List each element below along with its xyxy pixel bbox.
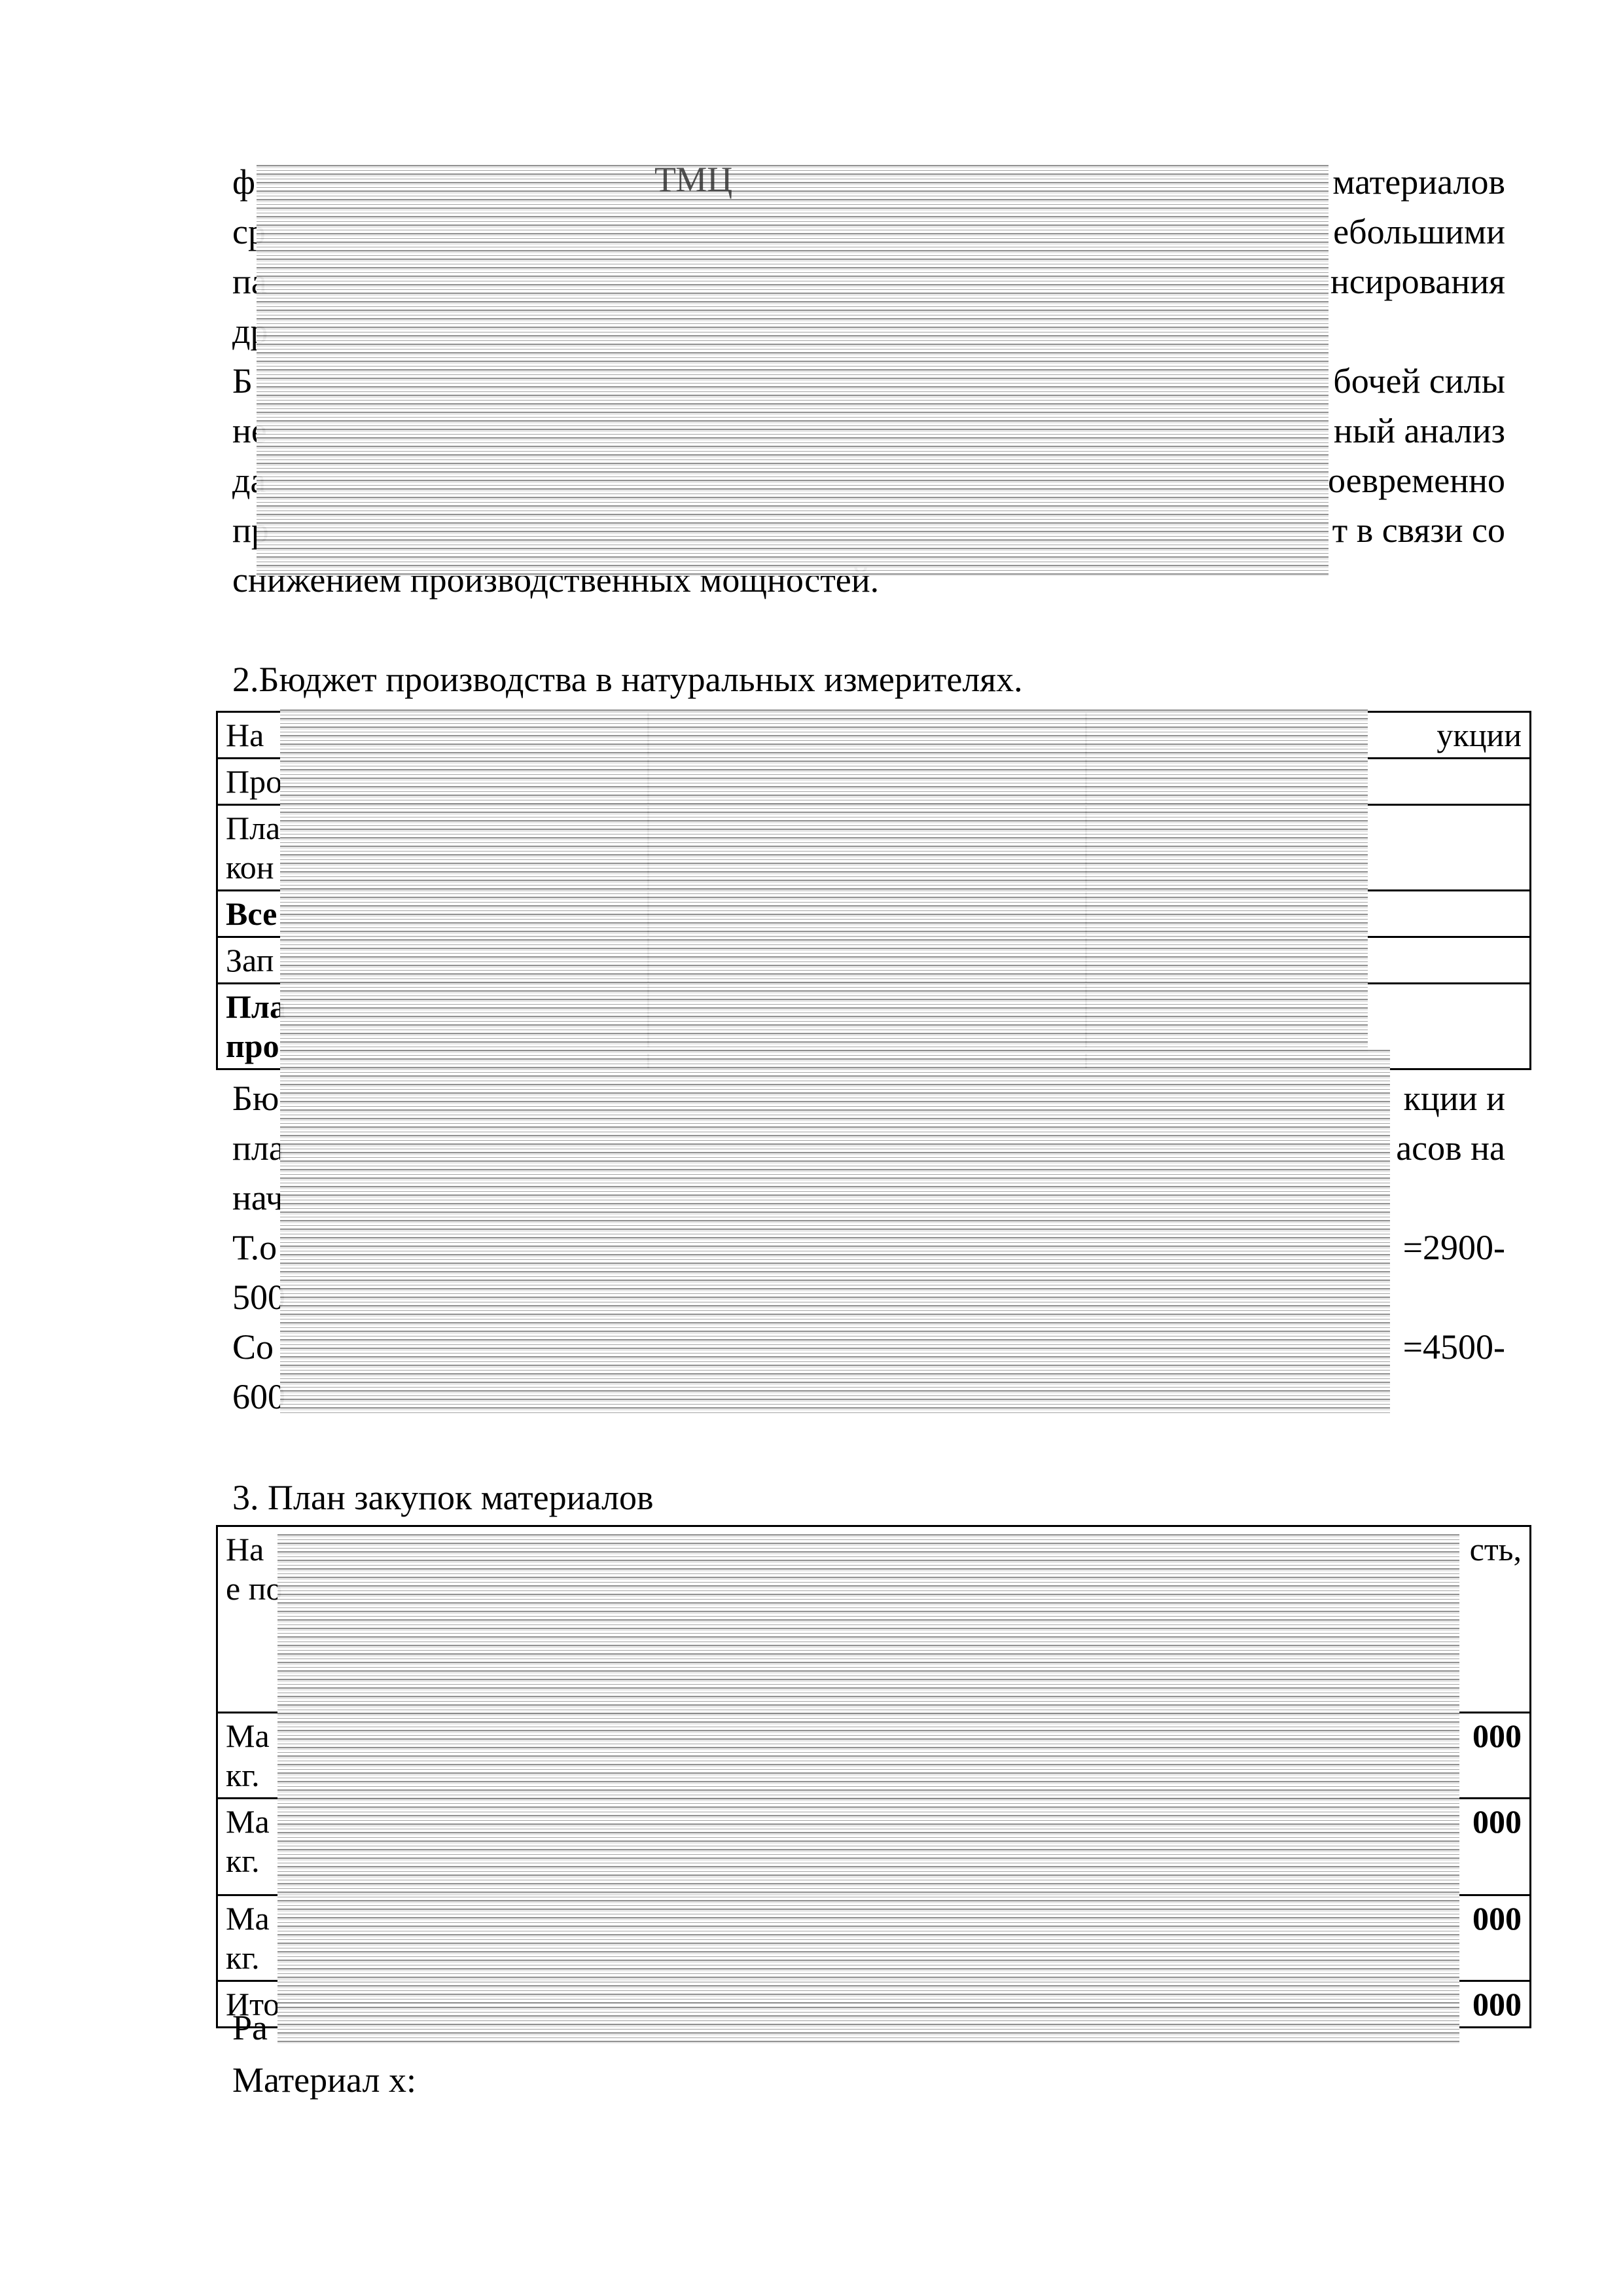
section3-heading: 3. План закупок материалов <box>232 1473 653 1522</box>
redaction-overlay-materials-table <box>277 1532 1459 2029</box>
redaction-overlay-after-table <box>277 2004 1459 2043</box>
after-table-line: Ра <box>232 2003 268 2053</box>
section2-heading: 2.Бюджет производства в натуральных изме… <box>232 655 1023 704</box>
redaction-overlay-section2-text <box>280 1047 1390 1414</box>
redaction-overlay-production-table <box>280 707 1368 1054</box>
visible-fragment-tmc: ТМЦ <box>654 154 732 204</box>
document-page: ф материалов ср ебольшими па нсирования … <box>0 0 1623 2296</box>
material-x-label: Материал х: <box>232 2055 416 2105</box>
redaction-overlay-intro <box>257 162 1329 576</box>
